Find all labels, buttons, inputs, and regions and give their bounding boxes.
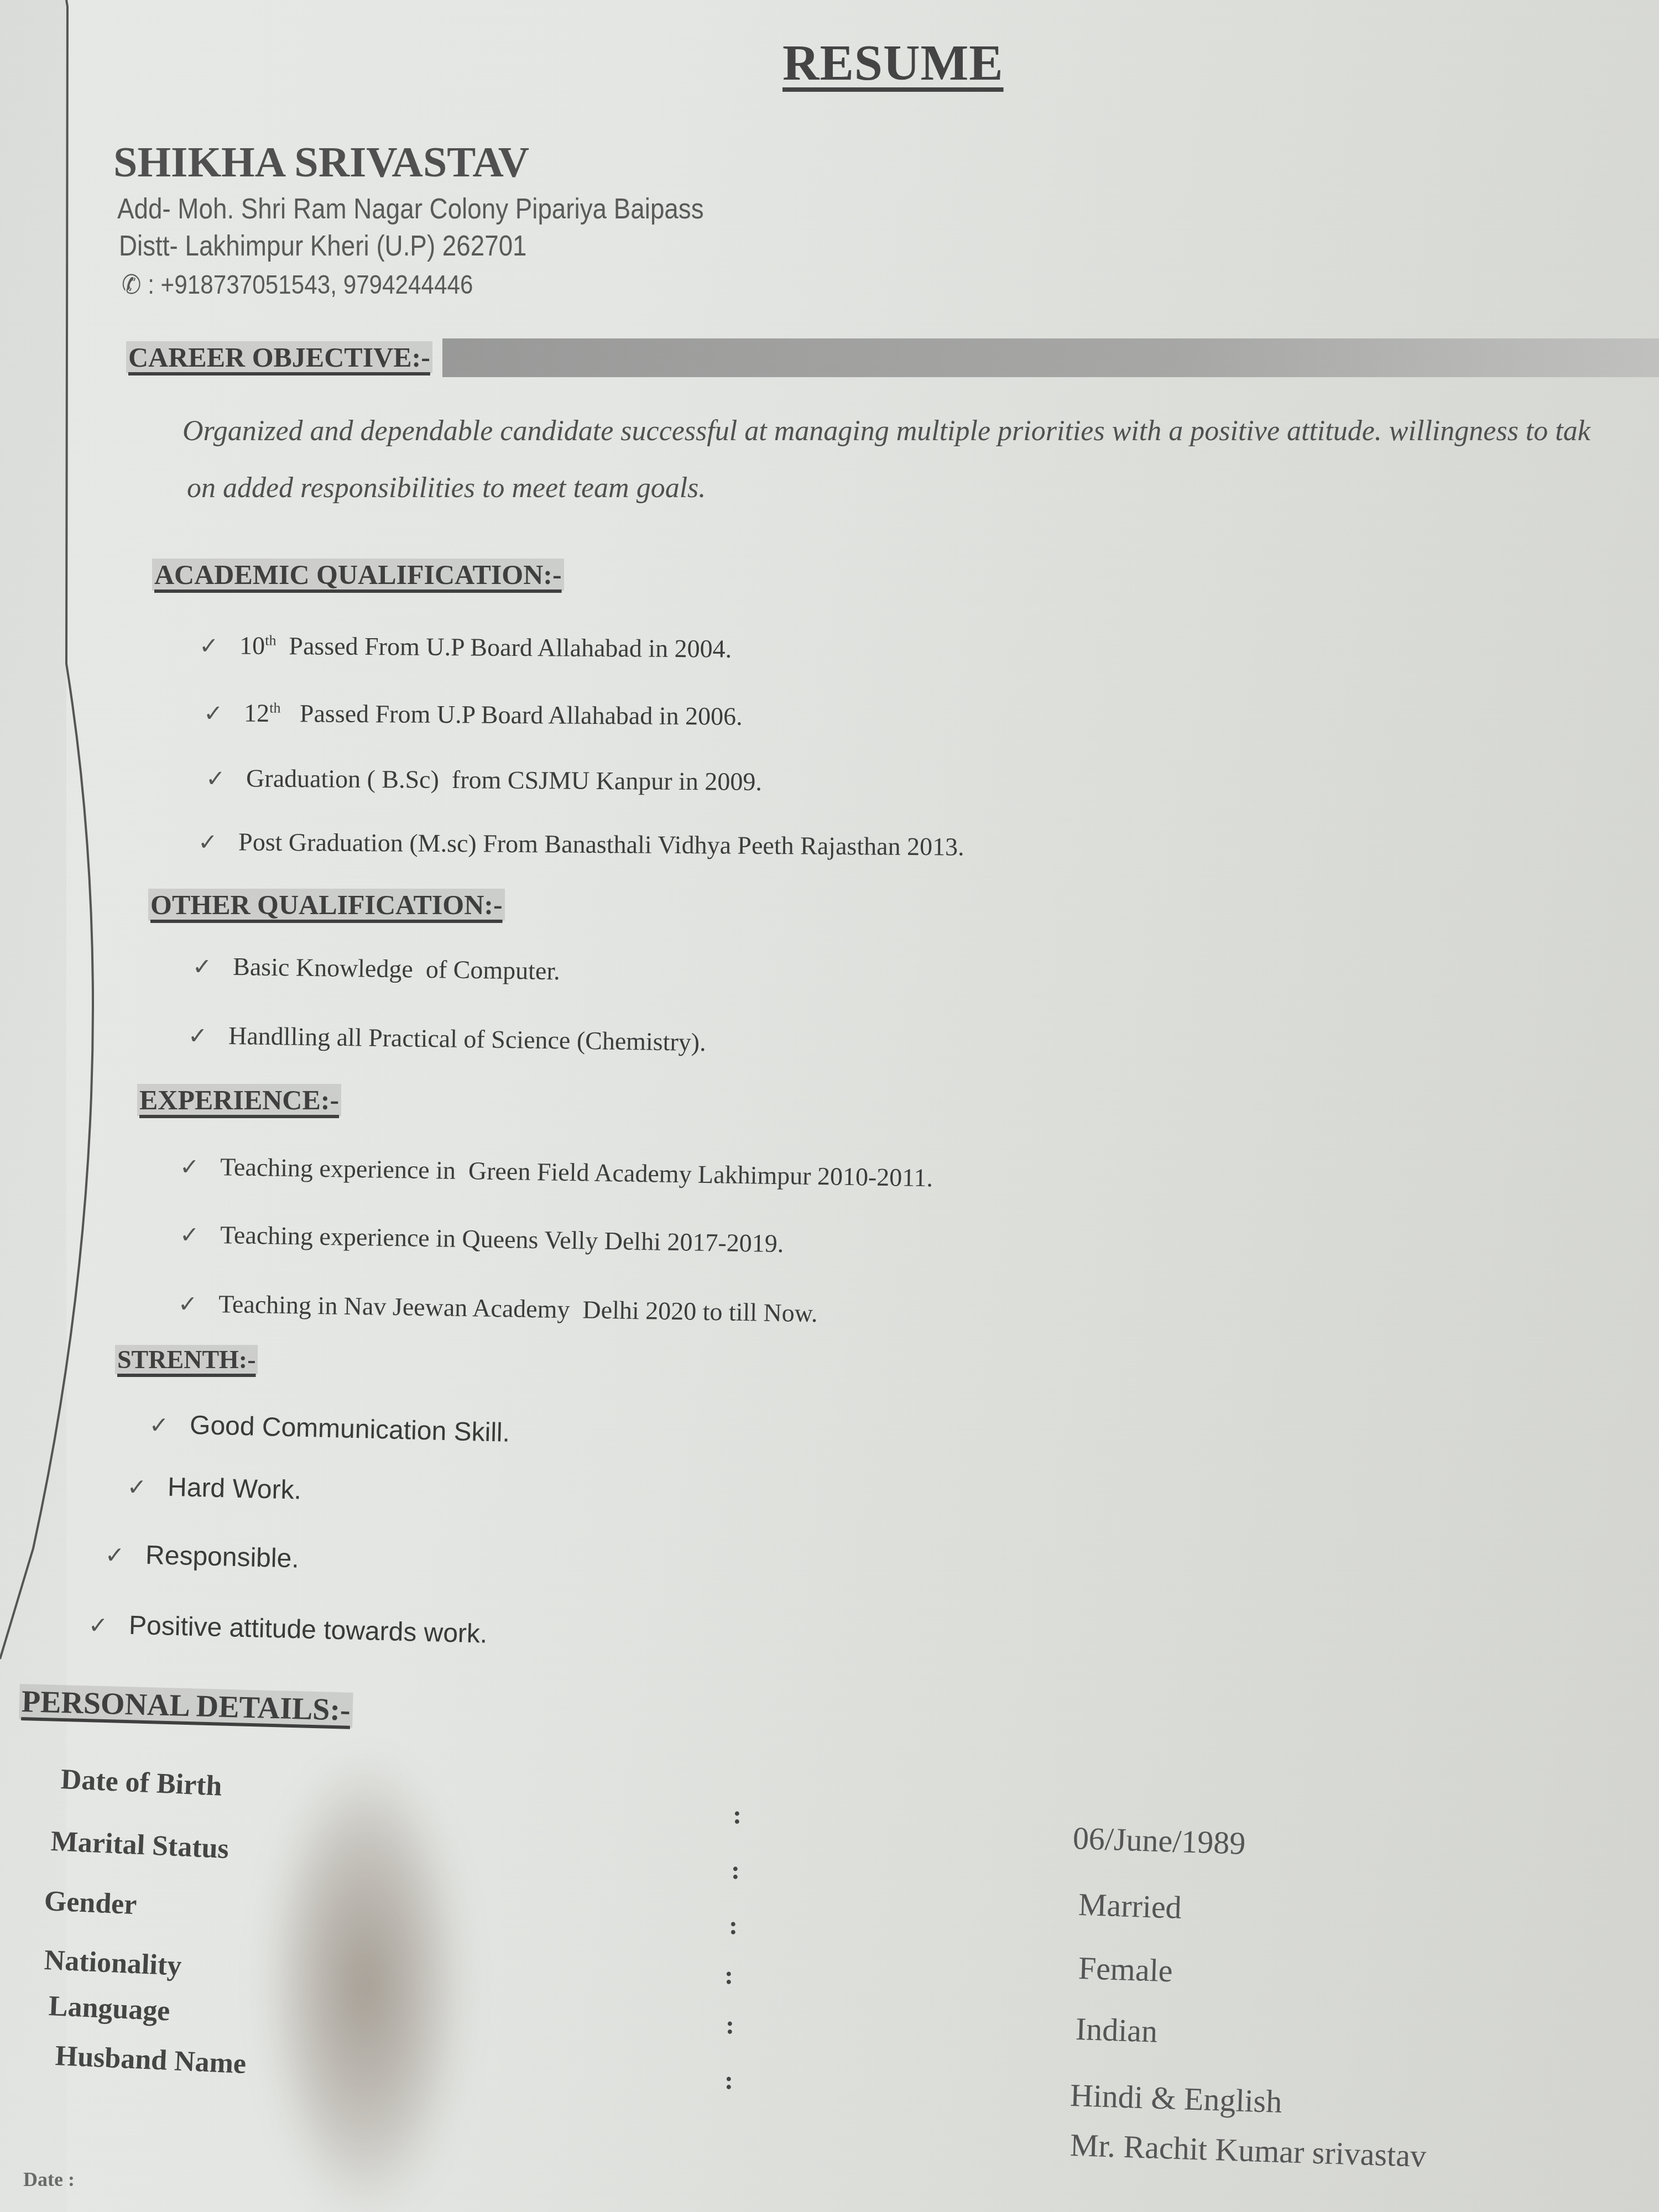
- academic-item: ✓Graduation ( B.Sc) from CSJMU Kanpur in…: [206, 763, 762, 796]
- personal-value: 06/June/1989: [1072, 1819, 1246, 1862]
- academic-item: ✓Post Graduation (M.sc) From Banasthali …: [198, 827, 964, 862]
- personal-separator: :: [731, 1855, 740, 1886]
- checkmark-icon: ✓: [188, 1022, 208, 1050]
- personal-value: Indian: [1075, 2010, 1158, 2050]
- item-level-suffix: th: [269, 700, 280, 716]
- resume-title: RESUME: [782, 33, 1004, 92]
- strength-item: ✓Hard Work.: [127, 1471, 301, 1506]
- personal-separator: :: [724, 2065, 733, 2096]
- item-level: 10: [239, 632, 265, 660]
- other-qualification-item: ✓Basic Knowledge of Computer.: [192, 951, 560, 985]
- strength-item: ✓Responsible.: [105, 1539, 299, 1574]
- personal-label: Language: [48, 1990, 171, 2028]
- checkmark-icon: ✓: [180, 1153, 200, 1181]
- checkmark-icon: ✓: [149, 1411, 169, 1439]
- checkmark-icon: ✓: [180, 1221, 200, 1249]
- item-level: 12: [244, 699, 269, 727]
- heading-strength: STRENTH:-: [115, 1345, 258, 1374]
- personal-value: Hindi & English: [1070, 2077, 1282, 2120]
- checkmark-icon: ✓: [204, 700, 223, 727]
- academic-item: ✓12th Passed From U.P Board Allahabad in…: [204, 698, 743, 731]
- address-line-1: Add- Moh. Shri Ram Nagar Colony Pipariya…: [117, 192, 704, 226]
- checkmark-icon: ✓: [88, 1611, 108, 1639]
- item-text: Basic Knowledge of Computer.: [233, 952, 560, 985]
- personal-label: Nationality: [44, 1944, 182, 1983]
- item-level-suffix: th: [265, 633, 276, 649]
- item-text: Passed From U.P Board Allahabad in 2004.: [276, 632, 732, 663]
- checkmark-icon: ✓: [127, 1473, 147, 1501]
- item-text: Passed From U.P Board Allahabad in 2006.: [280, 699, 743, 731]
- personal-separator: :: [729, 1911, 738, 1941]
- personal-value: Married: [1078, 1886, 1182, 1926]
- personal-label: Date of Birth: [60, 1763, 223, 1803]
- checkmark-icon: ✓: [206, 765, 226, 792]
- heading-experience: EXPERIENCE:-: [137, 1084, 341, 1116]
- checkmark-icon: ✓: [105, 1541, 124, 1569]
- heading-career-objective: CAREER OBJECTIVE:-: [126, 341, 432, 373]
- date-label: Date :: [23, 2168, 75, 2191]
- phone-numbers: ✆ : +918737051543, 9794244446: [122, 269, 473, 300]
- item-text: Post Graduation (M.sc) From Banasthali V…: [238, 828, 964, 861]
- item-text: Hard Work.: [168, 1473, 302, 1505]
- item-text: Graduation ( B.Sc) from CSJMU Kanpur in …: [246, 764, 762, 796]
- heading-other-qualification: OTHER QUALIFICATION:-: [148, 889, 505, 921]
- checkmark-icon: ✓: [199, 632, 219, 660]
- item-text: Responsible.: [145, 1541, 300, 1574]
- heading-academic-qualification: ACADEMIC QUALIFICATION:-: [152, 559, 564, 591]
- personal-separator: :: [726, 2010, 734, 2041]
- personal-separator: :: [733, 1800, 742, 1830]
- objective-line-1: Organized and dependable candidate succe…: [182, 415, 1590, 447]
- checkmark-icon: ✓: [192, 953, 212, 980]
- candidate-name: SHIKHA SRIVASTAV: [113, 137, 529, 187]
- personal-separator: :: [724, 1960, 733, 1991]
- address-line-2: Distt- Lakhimpur Kheri (U.P) 262701: [119, 229, 527, 263]
- academic-item: ✓10th Passed From U.P Board Allahabad in…: [199, 630, 732, 664]
- checkmark-icon: ✓: [178, 1290, 198, 1318]
- objective-heading-bar: [442, 338, 1659, 377]
- personal-label: Gender: [44, 1885, 138, 1921]
- hand-shadow: [265, 1759, 465, 2212]
- checkmark-icon: ✓: [198, 828, 218, 856]
- item-text: Handlling all Practical of Science (Chem…: [228, 1021, 706, 1056]
- objective-line-2: on added responsibilities to meet team g…: [187, 472, 706, 504]
- personal-value: Female: [1078, 1949, 1173, 1989]
